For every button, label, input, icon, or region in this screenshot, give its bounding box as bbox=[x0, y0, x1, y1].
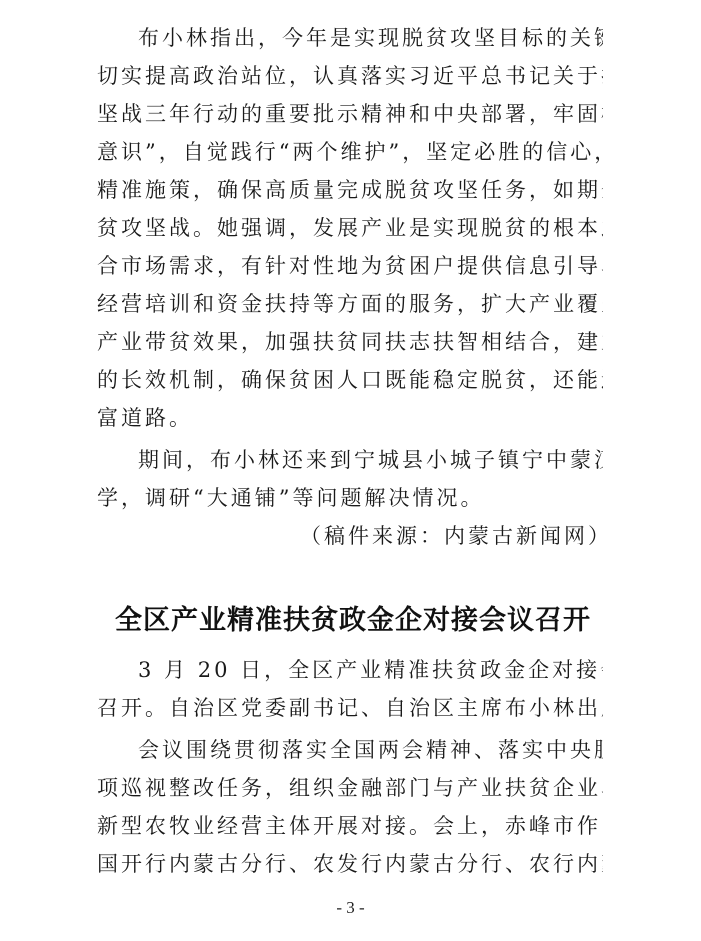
text-line: 召开。自治区党委副书记、自治区主席布小林出席会议。 bbox=[97, 689, 603, 727]
text-line: 布小林指出，今年是实现脱贫攻坚目标的关键一年，要 bbox=[138, 19, 603, 57]
article-title: 全区产业精准扶贫政金企对接会议召开 bbox=[115, 600, 583, 642]
text-line: 项巡视整改任务，组织金融部门与产业扶贫企业、合作社等 bbox=[97, 769, 603, 807]
text-line: 的长效机制，确保贫困人口既能稳定脱贫，还能逐步走上致 bbox=[97, 361, 603, 399]
text-line: 合市场需求，有针对性地为贫困户提供信息引导、技术指导、 bbox=[97, 247, 603, 285]
text-line: 富道路。 bbox=[97, 399, 603, 437]
source-attribution: （稿件来源：内蒙古新闻网） bbox=[300, 517, 603, 555]
text-line: 坚战三年行动的重要批示精神和中央部署，牢固树立“四个 bbox=[97, 95, 603, 133]
text-line: 新型农牧业经营主体开展对接。会上，赤峰市作了典型发言， bbox=[97, 807, 603, 845]
text-line: 学，调研“大通铺”等问题解决情况。 bbox=[97, 479, 603, 517]
text-line: 产业带贫效果，加强扶贫同扶志扶智相结合，建立稳定脱贫 bbox=[97, 323, 603, 361]
text-line: 国开行内蒙古分行、农发行内蒙古分行、农行内蒙古分行、 bbox=[97, 845, 603, 883]
text-line: 经营培训和资金扶持等方面的服务，扩大产业覆盖面，提升 bbox=[97, 285, 603, 323]
text-line: 贫攻坚战。她强调，发展产业是实现脱贫的根本之策，要结 bbox=[97, 209, 603, 247]
text-line: 意识”，自觉践行“两个维护”，坚定必胜的信心，尽锐出战、 bbox=[97, 133, 603, 171]
text-line: 切实提高政治站位，认真落实习近平总书记关于打赢脱贫攻 bbox=[97, 57, 603, 95]
page-number: - 3 - bbox=[0, 898, 701, 918]
text-line: 精准施策，确保高质量完成脱贫攻坚任务，如期全面打赢脱 bbox=[97, 171, 603, 209]
text-line: 期间，布小林还来到宁城县小城子镇宁中蒙汉联合小 bbox=[138, 441, 603, 479]
document-page: 布小林指出，今年是实现脱贫攻坚目标的关键一年，要 切实提高政治站位，认真落实习近… bbox=[0, 0, 701, 941]
text-line: 会议围绕贯彻落实全国两会精神、落实中央脱贫攻坚专 bbox=[138, 731, 603, 769]
text-line: 3 月 20 日，全区产业精准扶贫政金企对接会议在赤峰市 bbox=[138, 651, 603, 689]
